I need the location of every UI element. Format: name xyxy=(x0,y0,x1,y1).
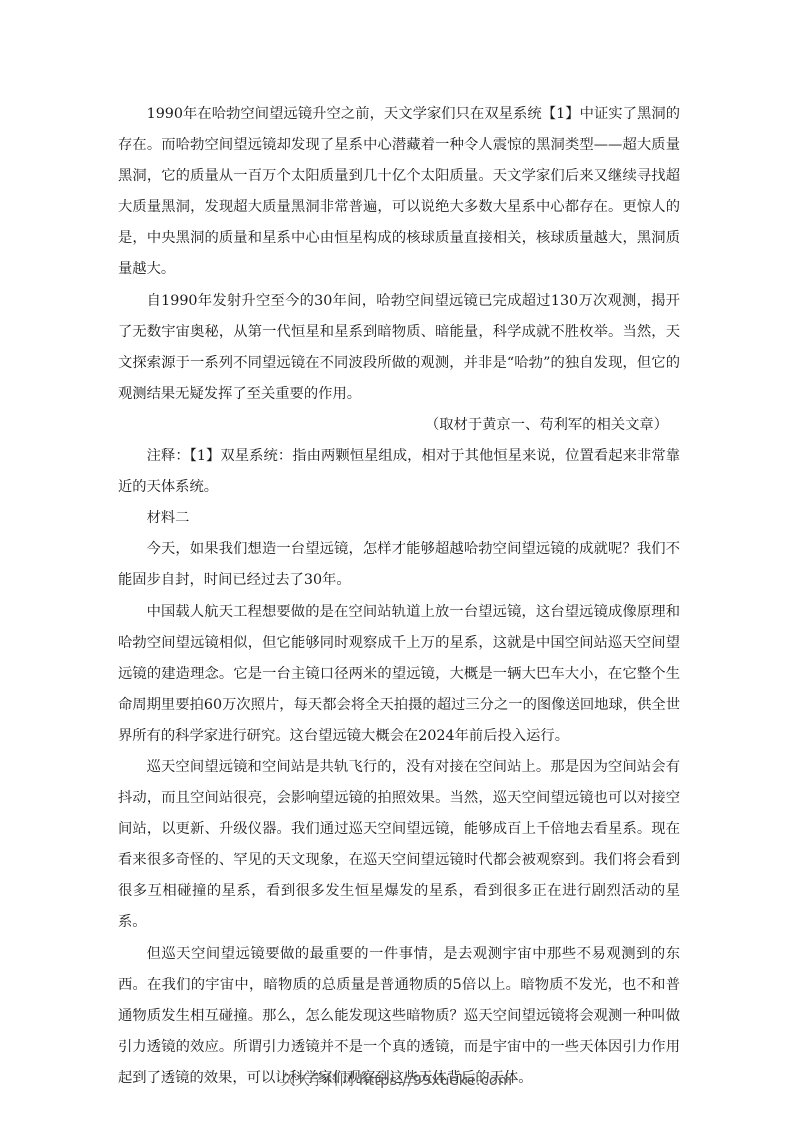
paragraph-black-holes: 1990年在哈勃空间望远镜升空之前，天文学家们只在双星系统【1】中证实了黑洞的存… xyxy=(118,99,680,286)
paragraph-co-orbit: 巡天空间望远镜和空间站是共轨飞行的，没有对接在空间站上。那是因为空间站会有抖动，… xyxy=(118,752,680,939)
paragraph-hubble-achievements: 自1990年发射升空至今的30年间，哈勃空间望远镜已完成超过130万次观测，揭开… xyxy=(118,286,680,410)
section-heading-material-2: 材料二 xyxy=(118,503,680,534)
source-citation: （取材于黄京一、苟利军的相关文章） xyxy=(118,410,680,441)
watermark-footer: 久久学科网 https://99xueke.com xyxy=(0,1069,793,1090)
paragraph-surpass-hubble: 今天，如果我们想造一台望远镜，怎样才能够超越哈勃空间望远镜的成就呢？我们不能固步… xyxy=(118,534,680,596)
paragraph-css-telescope: 中国载人航天工程想要做的是在空间站轨道上放一台望远镜，这台望远镜成像原理和哈勃空… xyxy=(118,597,680,752)
footnote: 注释：【1】双星系统：指由两颗恒星组成，相对于其他恒星来说，位置看起来非常靠近的… xyxy=(118,441,680,503)
document-body: 1990年在哈勃空间望远镜升空之前，天文学家们只在双星系统【1】中证实了黑洞的存… xyxy=(118,99,680,1094)
